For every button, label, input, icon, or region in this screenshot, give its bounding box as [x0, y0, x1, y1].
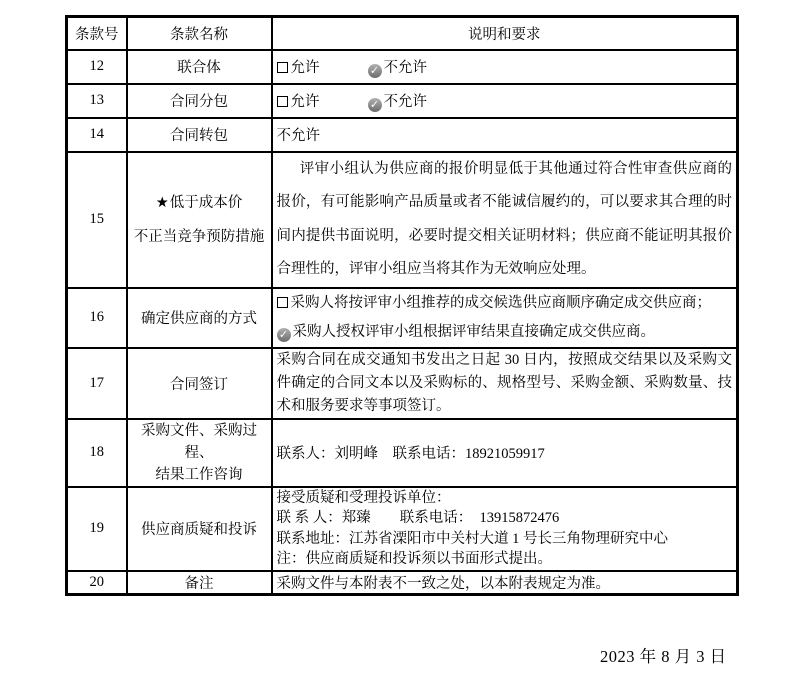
- star-icon: ★: [156, 195, 169, 211]
- clause-desc: 采购文件与本附表不一致之处，以本附表规定为准。: [272, 571, 738, 595]
- checkbox-checked-icon[interactable]: ✓: [277, 328, 291, 342]
- table-row-clause-15: 15 ★低于成本价 不正当竞争预防措施 评审小组认为供应商的报价明显低于其他通过…: [67, 152, 738, 288]
- clause-desc: 允许✓不允许: [272, 84, 738, 118]
- col-header-clause-no: 条款号: [67, 17, 127, 50]
- table-row-clause-19: 19 供应商质疑和投诉 接受质疑和受理投诉单位： 联 系 人：郑臻 联系电话： …: [67, 487, 738, 571]
- clause-desc: 采购合同在成交通知书发出之日起 30 日内，按照成交结果以及采购文件确定的合同文…: [272, 348, 738, 419]
- complaint-contact-line: 联 系 人：郑臻 联系电话： 13915872476: [277, 508, 733, 529]
- clause-id: 16: [67, 288, 127, 348]
- clause-name: 合同分包: [127, 84, 272, 118]
- clause-name: 合同转包: [127, 118, 272, 152]
- col-header-clause-name: 条款名称: [127, 17, 272, 50]
- table-row-clause-18: 18 采购文件、采购过程、 结果工作咨询 联系人：刘明峰 联系电话：189210…: [67, 419, 738, 487]
- clause-name: ★低于成本价 不正当竞争预防措施: [127, 152, 272, 288]
- checkbox-unchecked-icon[interactable]: [277, 96, 288, 107]
- clause-desc: 接受质疑和受理投诉单位： 联 系 人：郑臻 联系电话： 13915872476 …: [272, 487, 738, 571]
- clause-name: 合同签订: [127, 348, 272, 419]
- option-allow: 允许: [277, 60, 320, 76]
- option-label: 允许: [291, 94, 320, 110]
- clause-desc: 不允许: [272, 118, 738, 152]
- clause-id: 17: [67, 348, 127, 419]
- clause-id: 13: [67, 84, 127, 118]
- col-header-description: 说明和要求: [272, 17, 738, 50]
- clause-id: 19: [67, 487, 127, 571]
- clause-name: 采购文件、采购过程、 结果工作咨询: [127, 419, 272, 487]
- clause-table: 条款号 条款名称 说明和要求 12 联合体 允许✓不允许 13 合同分包 允许✓…: [65, 15, 739, 596]
- table-row-clause-20: 20 备注 采购文件与本附表不一致之处，以本附表规定为准。: [67, 571, 738, 595]
- clause-name-line1: 采购文件、采购过程、: [132, 420, 267, 464]
- table-row-clause-16: 16 确定供应商的方式 采购人将按评审小组推荐的成交候选供应商顺序确定成交供应商…: [67, 288, 738, 348]
- complaint-address-line: 联系地址：江苏省溧阳市中关村大道 1 号长三角物理研究中心: [277, 529, 733, 550]
- option-label: 允许: [291, 60, 320, 76]
- option-label: 不允许: [384, 60, 428, 76]
- option-label: 采购人授权评审小组根据评审结果直接确定成交供应商。: [293, 324, 656, 340]
- option-not-allow: ✓不允许: [368, 94, 428, 110]
- table-row-clause-12: 12 联合体 允许✓不允许: [67, 50, 738, 84]
- clause-name: 联合体: [127, 50, 272, 84]
- clause-name: 备注: [127, 571, 272, 595]
- complaint-note-line: 注：供应商质疑和投诉须以书面形式提出。: [277, 549, 733, 570]
- checkbox-checked-icon[interactable]: ✓: [368, 64, 382, 78]
- clause-id: 12: [67, 50, 127, 84]
- table-row-clause-13: 13 合同分包 允许✓不允许: [67, 84, 738, 118]
- clause-desc: 联系人：刘明峰 联系电话：18921059917: [272, 419, 738, 487]
- table-row-clause-14: 14 合同转包 不允许: [67, 118, 738, 152]
- table-row-clause-17: 17 合同签订 采购合同在成交通知书发出之日起 30 日内，按照成交结果以及采购…: [67, 348, 738, 419]
- clause-id: 14: [67, 118, 127, 152]
- document-date: 2023 年 8 月 3 日: [600, 643, 780, 667]
- clause-name-line2: 结果工作咨询: [132, 464, 267, 486]
- table-header-row: 条款号 条款名称 说明和要求: [67, 17, 738, 50]
- clause-desc: 评审小组认为供应商的报价明显低于其他通过符合性审查供应商的报价，有可能影响产品质…: [272, 152, 738, 288]
- document-page: 条款号 条款名称 说明和要求 12 联合体 允许✓不允许 13 合同分包 允许✓…: [0, 0, 798, 690]
- complaint-unit-line: 接受质疑和受理投诉单位：: [277, 488, 733, 509]
- clause-name-line2: 不正当竞争预防措施: [132, 220, 267, 254]
- clause-name: 确定供应商的方式: [127, 288, 272, 348]
- clause-id: 18: [67, 419, 127, 487]
- clause-id: 15: [67, 152, 127, 288]
- checkbox-checked-icon[interactable]: ✓: [368, 98, 382, 112]
- checkbox-unchecked-icon[interactable]: [277, 62, 288, 73]
- checkbox-unchecked-icon[interactable]: [277, 297, 288, 308]
- option-not-allow: ✓不允许: [368, 60, 428, 76]
- option-label: 不允许: [384, 94, 428, 110]
- option-ranked-order: 采购人将按评审小组推荐的成交候选供应商顺序确定成交供应商；: [277, 289, 733, 318]
- option-allow: 允许: [277, 94, 320, 110]
- clause-desc: 采购人将按评审小组推荐的成交候选供应商顺序确定成交供应商； ✓采购人授权评审小组…: [272, 288, 738, 348]
- option-direct-confirm: ✓采购人授权评审小组根据评审结果直接确定成交供应商。: [277, 318, 733, 347]
- clause-desc: 允许✓不允许: [272, 50, 738, 84]
- clause-name: 供应商质疑和投诉: [127, 487, 272, 571]
- clause-id: 20: [67, 571, 127, 595]
- clause-name-line1: ★低于成本价: [132, 186, 267, 220]
- option-label: 采购人将按评审小组推荐的成交候选供应商顺序确定成交供应商；: [291, 295, 712, 311]
